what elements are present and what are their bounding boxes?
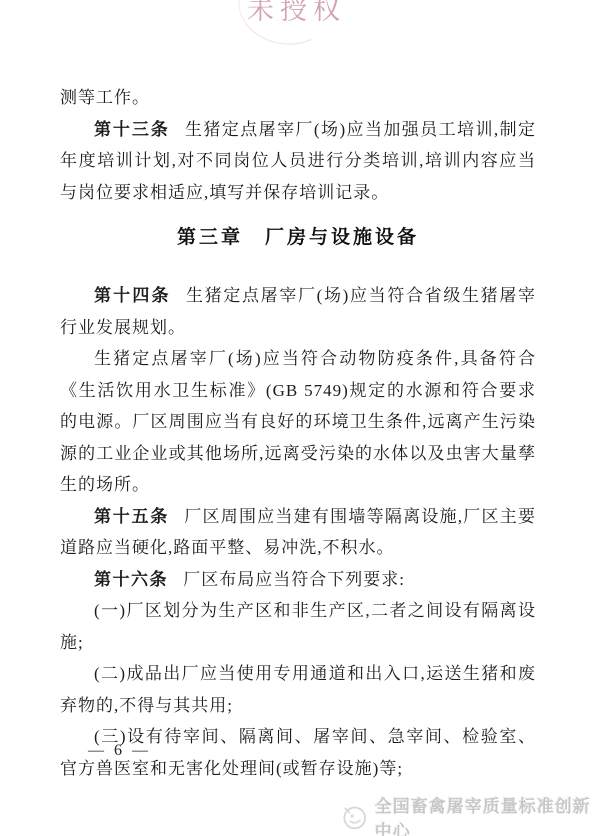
paragraph-article-14-cont: 生猪定点屠宰厂(场)应当符合动物防疫条件,具备符合《生活饮用水卫生标准》(GB … <box>60 343 536 501</box>
paragraph-continuation: 测等工作。 <box>60 82 536 114</box>
paragraph-article-16: 第十六条厂区布局应当符合下列要求: <box>60 564 536 596</box>
paragraph-text: (一)厂区划分为生产区和非生产区,二者之间设有隔离设施; <box>60 601 536 652</box>
document-body: 测等工作。 第十三条生猪定点屠宰厂(场)应当加强员工培训,制定年度培训计划,对不… <box>60 82 536 784</box>
list-item-2: (二)成品出厂应当使用专用通道和出入口,运送生猪和废弃物的,不得与其共用; <box>60 658 536 721</box>
paragraph-article-13: 第十三条生猪定点屠宰厂(场)应当加强员工培训,制定年度培训计划,对不同岗位人员进… <box>60 114 536 209</box>
watermark-unauthorized-text: 未授权 <box>0 0 593 27</box>
chapter-heading: 第三章 厂房与设施设备 <box>60 222 536 254</box>
article-number: 第十三条 <box>94 120 170 139</box>
list-item-1: (一)厂区划分为生产区和非生产区,二者之间设有隔离设施; <box>60 595 536 658</box>
page-number: — 6 — <box>88 742 151 760</box>
paragraph-text: (二)成品出厂应当使用专用通道和出入口,运送生猪和废弃物的,不得与其共用; <box>60 664 536 715</box>
article-number: 第十四条 <box>94 286 171 305</box>
watermark-center-brand: 全国畜禽屠宰质量标准创新中心 <box>340 792 593 836</box>
paragraph-text: 生猪定点屠宰厂(场)应当符合动物防疫条件,具备符合《生活饮用水卫生标准》(GB … <box>60 349 536 494</box>
article-number: 第十六条 <box>94 570 168 589</box>
innovation-center-logo-icon <box>340 801 368 833</box>
article-number: 第十五条 <box>94 507 169 526</box>
paragraph-text: 厂区布局应当符合下列要求: <box>183 570 405 589</box>
paragraph-article-14: 第十四条生猪定点屠宰厂(场)应当符合省级生猪屠宰行业发展规划。 <box>60 280 536 343</box>
document-page: 未授权 测等工作。 第十三条生猪定点屠宰厂(场)应当加强员工培训,制定年度培训计… <box>0 0 593 836</box>
paragraph-article-15: 第十五条厂区周围应当建有围墙等隔离设施,厂区主要道路应当硬化,路面平整、易冲洗,… <box>60 501 536 564</box>
watermark-brand-text: 全国畜禽屠宰质量标准创新中心 <box>375 792 593 836</box>
watermark-stamp-arc <box>231 0 338 54</box>
paragraph-text: 测等工作。 <box>60 88 150 107</box>
